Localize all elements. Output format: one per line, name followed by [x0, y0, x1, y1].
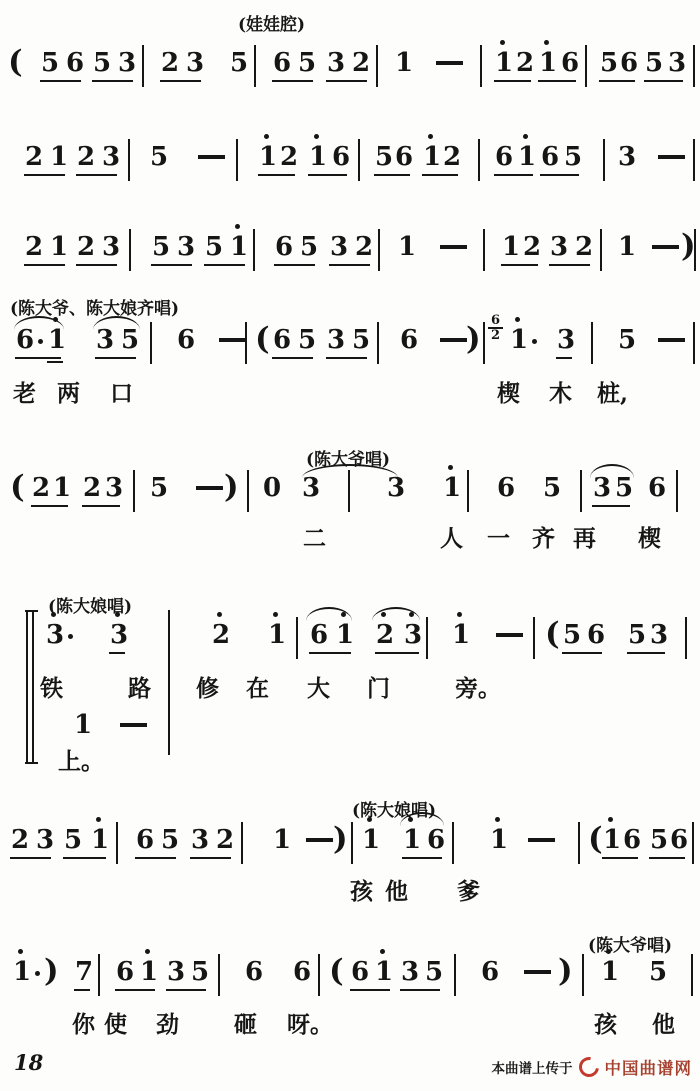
parenthesis: ) — [558, 952, 573, 990]
duration-dash — [196, 486, 223, 490]
note: 2 — [216, 825, 232, 861]
note: 5 — [161, 825, 177, 861]
note-digit: 3 — [550, 232, 566, 262]
note-digit: 6 — [427, 825, 443, 855]
note-digit: 5 — [205, 232, 221, 262]
octave-dot — [409, 612, 414, 617]
barline — [351, 822, 353, 864]
lyric: 路 — [128, 670, 151, 703]
note: 2 — [575, 232, 591, 268]
note-digit: 1 — [510, 325, 526, 355]
octave-dot — [428, 134, 433, 139]
barline — [376, 45, 378, 87]
octave-dot — [273, 612, 278, 617]
note-digit: 2 — [161, 48, 177, 78]
note: 3 — [167, 957, 183, 993]
lyric: 木 — [549, 375, 572, 408]
note-digit: 3 — [191, 825, 207, 855]
duration-dash — [658, 155, 685, 159]
note: 6 — [427, 825, 443, 861]
note: 6 — [245, 957, 261, 993]
note: 3 — [118, 48, 134, 84]
octave-dot — [145, 949, 150, 954]
note: 6 — [66, 48, 82, 84]
note-digit: 1 — [495, 48, 511, 78]
note-digit: 1 — [375, 957, 391, 987]
barline — [378, 229, 380, 271]
note: 6 — [177, 325, 193, 361]
barline — [600, 229, 602, 271]
note-digit: 5 — [564, 142, 580, 172]
barline — [358, 139, 360, 181]
note: 5 — [64, 825, 80, 861]
note: 3 — [330, 232, 346, 268]
note: 6 — [136, 825, 152, 861]
duration-dash — [440, 245, 467, 249]
duration-dash — [652, 245, 679, 249]
note: 6 — [648, 473, 664, 509]
note-digit: 3 — [330, 232, 346, 262]
note-digit: 3 — [557, 325, 573, 355]
note: 1 — [74, 710, 90, 746]
note-digit: 5 — [298, 325, 314, 355]
note-digit: 1 — [443, 473, 459, 503]
note-digit: 1 — [140, 957, 156, 987]
note-digit: 3 — [618, 142, 634, 172]
note: 6 — [670, 825, 686, 861]
note-digit: 3 — [387, 473, 403, 503]
note: 5 — [41, 48, 57, 84]
lyric: 楔 — [638, 520, 661, 553]
barline — [585, 45, 587, 87]
note-digit: 6 — [273, 48, 289, 78]
note: 3 — [618, 142, 634, 178]
barline — [693, 322, 695, 364]
note-digit: 2 — [443, 142, 459, 172]
parenthesis: ( — [588, 820, 603, 858]
note-digit: 2 — [216, 825, 232, 855]
barline — [694, 229, 696, 271]
note-digit: 6 — [136, 825, 152, 855]
lyric: 铁 — [40, 670, 63, 703]
lyric: 使 — [104, 1006, 127, 1039]
uploader-credit: 本曲谱上传于 中国曲谱网 — [492, 1055, 693, 1079]
note: 2 — [32, 473, 48, 509]
duration-dash — [198, 155, 225, 159]
note: 1 — [230, 232, 246, 268]
note-digit: 6 — [481, 957, 497, 987]
note: 2 — [376, 620, 392, 656]
barline — [253, 229, 255, 271]
note: 1 — [50, 142, 66, 178]
barline — [133, 470, 135, 512]
note-digit: 2 — [376, 620, 392, 650]
barline — [533, 617, 535, 659]
note: 1 — [452, 620, 468, 656]
beam-underline — [556, 357, 572, 359]
note: 6 — [561, 48, 577, 84]
site-name: 中国曲谱网 — [605, 1055, 693, 1079]
octave-dot — [217, 612, 222, 617]
note: 6 — [620, 48, 636, 84]
note: 1 — [618, 232, 634, 268]
lyric: 劲 — [156, 1006, 179, 1039]
note-digit: 1 — [618, 232, 634, 262]
octave-dot — [18, 949, 23, 954]
note-digit: 3 — [401, 957, 417, 987]
note: 1 — [336, 620, 352, 656]
note: 1 — [273, 825, 289, 861]
note-digit: 2 — [32, 473, 48, 503]
lyric: 大 — [307, 670, 330, 703]
note: 3 — [186, 48, 202, 84]
barline — [254, 45, 256, 87]
note-digit: 6 — [670, 825, 686, 855]
barline — [241, 822, 243, 864]
note: 2 — [516, 48, 532, 84]
note-digit: 0 — [263, 473, 279, 503]
note: 6 — [310, 620, 326, 656]
barline — [467, 470, 469, 512]
note-digit: 5 — [563, 620, 579, 650]
barline — [296, 617, 298, 659]
note: 2 — [280, 142, 296, 178]
note-digit: 6 — [497, 473, 513, 503]
note-digit: 1 — [603, 825, 619, 855]
barline — [578, 822, 580, 864]
note-digit: 1 — [395, 48, 411, 78]
barline — [452, 822, 454, 864]
note: 2 — [25, 142, 41, 178]
singer-annotation: (娃娃腔) — [238, 10, 305, 35]
note: 1 — [539, 48, 555, 84]
lyric: 两 — [57, 375, 80, 408]
augmentation-dot — [532, 339, 537, 344]
octave-dot — [367, 817, 372, 822]
note: 2 — [77, 232, 93, 268]
note: 1 — [53, 473, 69, 509]
parenthesis: ( — [545, 615, 560, 653]
duration-dash — [528, 838, 555, 842]
barline — [580, 470, 582, 512]
bracket-line — [32, 612, 34, 762]
note: 1 — [48, 325, 64, 361]
note: 5 — [425, 957, 441, 993]
note: 3 — [96, 325, 112, 361]
note: 1 — [510, 325, 526, 361]
note-digit: 1 — [403, 825, 419, 855]
meter-bottom: 2 — [488, 329, 503, 342]
octave-dot — [264, 134, 269, 139]
upload-text: 本曲谱上传于 — [492, 1057, 573, 1077]
octave-dot — [500, 40, 505, 45]
note-digit: 6 — [116, 957, 132, 987]
lyric: 在 — [246, 670, 269, 703]
note-digit: 6 — [66, 48, 82, 78]
note-digit: 6 — [400, 325, 416, 355]
note: 3 — [36, 825, 52, 861]
voice-bracket — [26, 612, 36, 762]
lyric: 砸 — [234, 1006, 257, 1039]
note: 1 — [603, 825, 619, 861]
barline — [676, 470, 678, 512]
note-digit: 6 — [495, 142, 511, 172]
barline — [691, 954, 693, 996]
note: 3 — [550, 232, 566, 268]
barline — [426, 617, 428, 659]
duration-dash — [440, 338, 467, 342]
note-digit: 5 — [230, 48, 246, 78]
note: 5 — [93, 48, 109, 84]
duration-dash — [306, 838, 333, 842]
note-digit: 5 — [64, 825, 80, 855]
lyric: 桩, — [597, 375, 628, 408]
note-digit: 6 — [332, 142, 348, 172]
note: 1 — [423, 142, 439, 178]
augmentation-dot — [68, 634, 73, 639]
lyric: 他 — [385, 873, 408, 906]
note-digit: 1 — [502, 232, 518, 262]
parenthesis: ( — [255, 320, 270, 358]
lyric: 楔 — [497, 375, 520, 408]
note-digit: 6 — [245, 957, 261, 987]
note-digit: 6 — [273, 325, 289, 355]
note-digit: 6 — [648, 473, 664, 503]
parenthesis: ) — [44, 952, 59, 990]
meter-top: 6 — [488, 314, 503, 329]
note-digit: 3 — [96, 325, 112, 355]
note-digit: 6 — [541, 142, 557, 172]
note: 3 — [105, 473, 121, 509]
note-digit: 2 — [212, 620, 228, 650]
note-digit: 5 — [425, 957, 441, 987]
augmentation-dot — [38, 339, 43, 344]
note: 3 — [327, 325, 343, 361]
beam-underline — [74, 989, 90, 991]
note-digit: 2 — [77, 142, 93, 172]
note-digit: 6 — [587, 620, 603, 650]
note: 1 — [268, 620, 284, 656]
barline — [454, 954, 456, 996]
note-digit: 3 — [105, 473, 121, 503]
note: 3 — [46, 620, 62, 656]
note-digit: 1 — [539, 48, 555, 78]
barline — [116, 822, 118, 864]
note-digit: 6 — [620, 48, 636, 78]
note: 6 — [541, 142, 557, 178]
note-digit: 3 — [110, 620, 126, 650]
lyric: 口 — [110, 375, 133, 408]
note: 5 — [298, 48, 314, 84]
note: 6 — [116, 957, 132, 993]
parenthesis: ( — [329, 952, 344, 990]
note-digit: 3 — [102, 142, 118, 172]
note-digit: 5 — [352, 325, 368, 355]
note-digit: 3 — [177, 232, 193, 262]
note: 6 — [495, 142, 511, 178]
note-digit: 5 — [150, 142, 166, 172]
barline — [150, 322, 152, 364]
barline — [693, 139, 695, 181]
note: 6 — [273, 48, 289, 84]
note: 3 — [191, 825, 207, 861]
note: 5 — [649, 957, 665, 993]
note-digit: 1 — [518, 142, 534, 172]
note: 5 — [300, 232, 316, 268]
note: 3 — [668, 48, 684, 84]
note-digit: 5 — [618, 325, 634, 355]
note-digit: 1 — [74, 710, 90, 740]
note: 1 — [50, 232, 66, 268]
lyric: 呀。 — [287, 1006, 333, 1039]
note: 1 — [443, 473, 459, 509]
note-digit: 5 — [375, 142, 391, 172]
note-digit: 2 — [352, 48, 368, 78]
barline — [483, 322, 485, 364]
note-digit: 5 — [93, 48, 109, 78]
lyric: 再 — [573, 520, 596, 553]
note-digit: 1 — [259, 142, 275, 172]
parenthesis: ) — [333, 820, 348, 858]
note-digit: 1 — [91, 825, 107, 855]
note-digit: 5 — [150, 473, 166, 503]
note-digit: 3 — [167, 957, 183, 987]
barline — [603, 139, 605, 181]
note-digit: 1 — [53, 473, 69, 503]
note: 6 — [273, 325, 289, 361]
barline — [478, 139, 480, 181]
note-digit: 1 — [13, 957, 29, 987]
note-digit: 1 — [362, 825, 378, 855]
note-digit: 1 — [273, 825, 289, 855]
octave-dot — [523, 134, 528, 139]
barline — [245, 322, 247, 364]
parenthesis: ) — [224, 468, 239, 506]
octave-dot — [96, 817, 101, 822]
barline — [236, 139, 238, 181]
octave-dot — [115, 612, 120, 617]
note-digit: 3 — [46, 620, 62, 650]
lyric: 孩 — [594, 1006, 617, 1039]
note-digit: 5 — [649, 957, 665, 987]
note: 2 — [523, 232, 539, 268]
note-digit: 2 — [11, 825, 27, 855]
note: 5 — [543, 473, 559, 509]
barline — [692, 822, 694, 864]
barline — [348, 470, 350, 512]
note: 2 — [212, 620, 228, 656]
note-digit: 6 — [623, 825, 639, 855]
duration-dash — [524, 970, 551, 974]
octave-dot — [235, 224, 240, 229]
lyric: 一 — [487, 520, 510, 553]
note-digit: 6 — [275, 232, 291, 262]
duration-dash — [496, 633, 523, 637]
beam-underline — [109, 652, 125, 654]
note-digit: 2 — [523, 232, 539, 262]
note: 5 — [150, 142, 166, 178]
note-digit: 3 — [404, 620, 420, 650]
note-digit: 5 — [628, 620, 644, 650]
note-digit: 6 — [16, 325, 32, 355]
note-digit: 3 — [327, 48, 343, 78]
octave-dot — [495, 817, 500, 822]
note: 1 — [518, 142, 534, 178]
note-digit: 3 — [102, 232, 118, 262]
lyric: 孩 — [350, 873, 373, 906]
note-digit: 2 — [25, 232, 41, 262]
note-digit: 5 — [152, 232, 168, 262]
barline — [218, 954, 220, 996]
note: 3 — [102, 142, 118, 178]
note-digit: 6 — [561, 48, 577, 78]
note: 1 — [13, 957, 29, 993]
barline — [168, 610, 170, 755]
note-digit: 5 — [650, 825, 666, 855]
note-digit: 5 — [121, 325, 137, 355]
note: 6 — [587, 620, 603, 656]
bracket-line — [26, 612, 28, 762]
note: 0 — [263, 473, 279, 509]
duration-dash — [658, 338, 685, 342]
duration-dash — [436, 61, 463, 65]
note: 5 — [375, 142, 391, 178]
note: 6 — [400, 325, 416, 361]
note: 5 — [650, 825, 666, 861]
note: 1 — [362, 825, 378, 861]
note-digit: 5 — [191, 957, 207, 987]
parenthesis: ( — [8, 43, 23, 81]
lyric: 齐 — [532, 520, 555, 553]
parenthesis: ) — [466, 320, 481, 358]
note: 1 — [398, 232, 414, 268]
note: 1 — [259, 142, 275, 178]
barline — [685, 617, 687, 659]
note: 2 — [161, 48, 177, 84]
lyric: 门 — [367, 670, 390, 703]
note: 1 — [309, 142, 325, 178]
note-digit: 5 — [41, 48, 57, 78]
octave-dot — [606, 949, 611, 954]
note: 5 — [191, 957, 207, 993]
lyric: 二 — [303, 520, 326, 553]
note-digit: 2 — [280, 142, 296, 172]
note: 3 — [387, 473, 403, 509]
barline — [98, 954, 100, 996]
note-digit: 1 — [50, 142, 66, 172]
note: 5 — [564, 142, 580, 178]
note: 5 — [298, 325, 314, 361]
note-digit: 1 — [336, 620, 352, 650]
note: 7 — [75, 957, 91, 993]
page-number: 18 — [14, 1050, 43, 1075]
beam-underline — [47, 361, 63, 363]
note-digit: 6 — [293, 957, 309, 987]
octave-dot — [341, 612, 346, 617]
note-digit: 2 — [25, 142, 41, 172]
note-digit: 2 — [83, 473, 99, 503]
note-digit: 3 — [118, 48, 134, 78]
octave-dot — [53, 317, 58, 322]
barline — [480, 45, 482, 87]
octave-dot — [515, 317, 520, 322]
note: 3 — [401, 957, 417, 993]
note: 3 — [404, 620, 420, 656]
lyric: 上。 — [58, 743, 104, 776]
note: 6 — [293, 957, 309, 993]
note-digit: 3 — [186, 48, 202, 78]
augmentation-dot — [35, 971, 40, 976]
